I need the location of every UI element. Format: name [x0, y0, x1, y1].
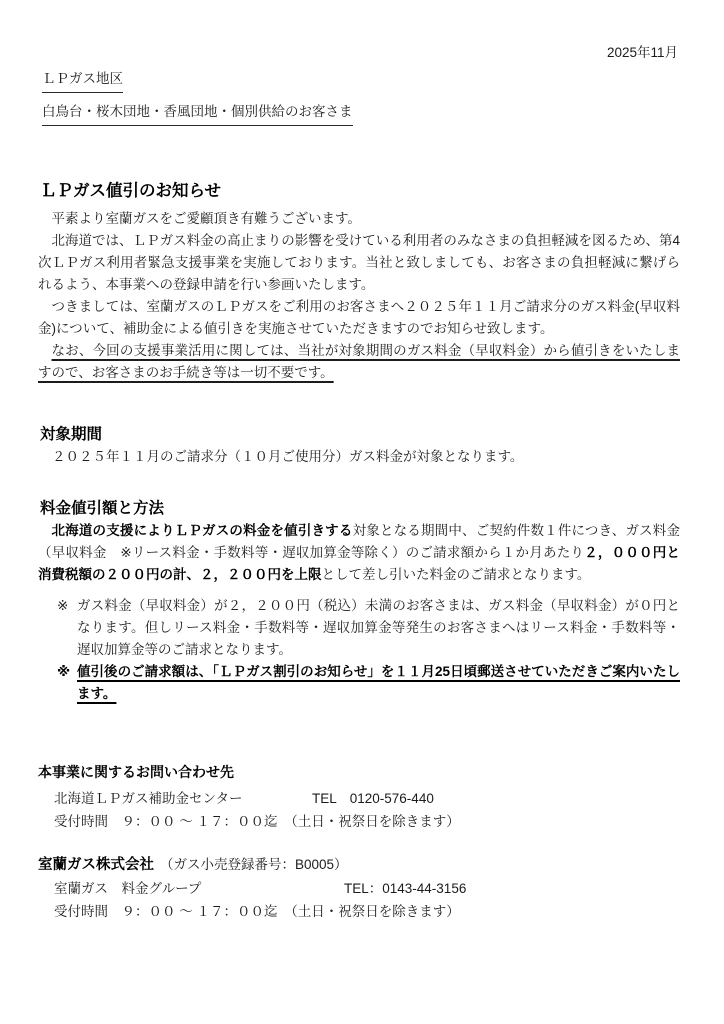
intro-paragraph-4: なお、今回の支援事業活用に関しては、当社が対象期間のガス料金（早収料金）から値引…: [38, 340, 680, 384]
contact-section-heading: 本事業に関するお問い合わせ先: [38, 761, 680, 783]
recipient-customers: 白鳥台・桜木団地・香風団地・個別供給のお客さま: [42, 101, 353, 126]
company-hours: 受付時間 ９：００ ～ １７：００迄 （土日・祝祭日を除きます）: [54, 904, 460, 919]
subsidy-center-name: 北海道ＬＰガス補助金センター: [54, 787, 312, 810]
recipient-district: ＬＰガス地区: [42, 68, 123, 93]
intro-paragraph-3: つきましては、室蘭ガスのＬＰガスをご利用のお客さまへ２０２５年１１月ご請求分のガ…: [38, 296, 680, 340]
company-row: 室蘭ガス株式会社（ガス小売登録番号：B0005）: [38, 853, 680, 877]
note-marker-1: ※: [57, 595, 77, 661]
section-heading-target-period: 対象期間: [40, 424, 680, 446]
section-heading-discount-method: 料金値引額と方法: [40, 498, 680, 520]
note-text-mailing-notice: 値引後のご請求額は、「ＬＰガス割引のお知らせ」を１１月25日頃郵送させていただき…: [77, 661, 680, 705]
discount-lead-bold: 北海道の支援によりＬＰガスの料金を値引きする: [52, 523, 353, 538]
discount-paragraph: 北海道の支援によりＬＰガスの料金を値引きする対象となる期間中、ご契約件数１件につ…: [38, 520, 680, 586]
recipient-district-line: ＬＰガス地区: [42, 68, 680, 93]
no-procedure-needed-statement: なお、今回の支援事業活用に関しては、当社が対象期間のガス料金（早収料金）から値引…: [38, 343, 680, 380]
note-item-mailing-notice: ※ 値引後のご請求額は、「ＬＰガス割引のお知らせ」を１１月25日頃郵送させていた…: [57, 661, 680, 705]
company-hours-row: 受付時間 ９：００ ～ １７：００迄 （土日・祝祭日を除きます）: [54, 900, 680, 923]
document-page: 2025年11月 ＬＰガス地区 白鳥台・桜木団地・香風団地・個別供給のお客さま …: [0, 0, 724, 1024]
intro-paragraph-2: 北海道では、ＬＰガス料金の高止まりの影響を受けている利用者のみなさまの負担軽減を…: [38, 230, 680, 296]
recipient-customers-line: 白鳥台・桜木団地・香風団地・個別供給のお客さま: [42, 101, 680, 126]
company-name: 室蘭ガス株式会社: [38, 857, 154, 873]
note-item-under-2200yen: ※ ガス料金（早収料金）が２，２００円（税込）未満のお客さまは、ガス料金（早収料…: [57, 595, 680, 661]
company-billing-group: 室蘭ガス 料金グループ: [54, 877, 344, 900]
subsidy-center-tel: TEL 0120-576-440: [312, 791, 434, 806]
subsidy-center-row: 北海道ＬＰガス補助金センターTEL 0120-576-440: [54, 787, 680, 810]
target-period-body: ２０２５年１１月のご請求分（１０月ご使用分）ガス料金が対象となります。: [38, 446, 680, 468]
document-title: ＬＰガス値引のお知らせ: [40, 180, 680, 202]
company-tel: TEL：0143-44-3156: [344, 881, 466, 896]
subsidy-center-hours: 受付時間 ９：００ ～ １７：００迄 （土日・祝祭日を除きます）: [54, 814, 460, 829]
document-date: 2025年11月: [38, 42, 678, 64]
company-group-row: 室蘭ガス 料金グループTEL：0143-44-3156: [54, 877, 680, 900]
intro-paragraph-1: 平素より室蘭ガスをご愛顧頂き有難うございます。: [38, 208, 680, 230]
note-text-under-2200yen: ガス料金（早収料金）が２，２００円（税込）未満のお客さまは、ガス料金（早収料金）…: [77, 595, 680, 661]
notes-list: ※ ガス料金（早収料金）が２，２００円（税込）未満のお客さまは、ガス料金（早収料…: [57, 595, 680, 705]
note-marker-2: ※: [57, 661, 77, 705]
subsidy-center-hours-row: 受付時間 ９：００ ～ １７：００迄 （土日・祝祭日を除きます）: [54, 810, 680, 833]
discount-closing-text: として差し引いた料金のご請求となります。: [322, 567, 591, 582]
company-registration-number: （ガス小売登録番号：B0005）: [160, 857, 348, 872]
